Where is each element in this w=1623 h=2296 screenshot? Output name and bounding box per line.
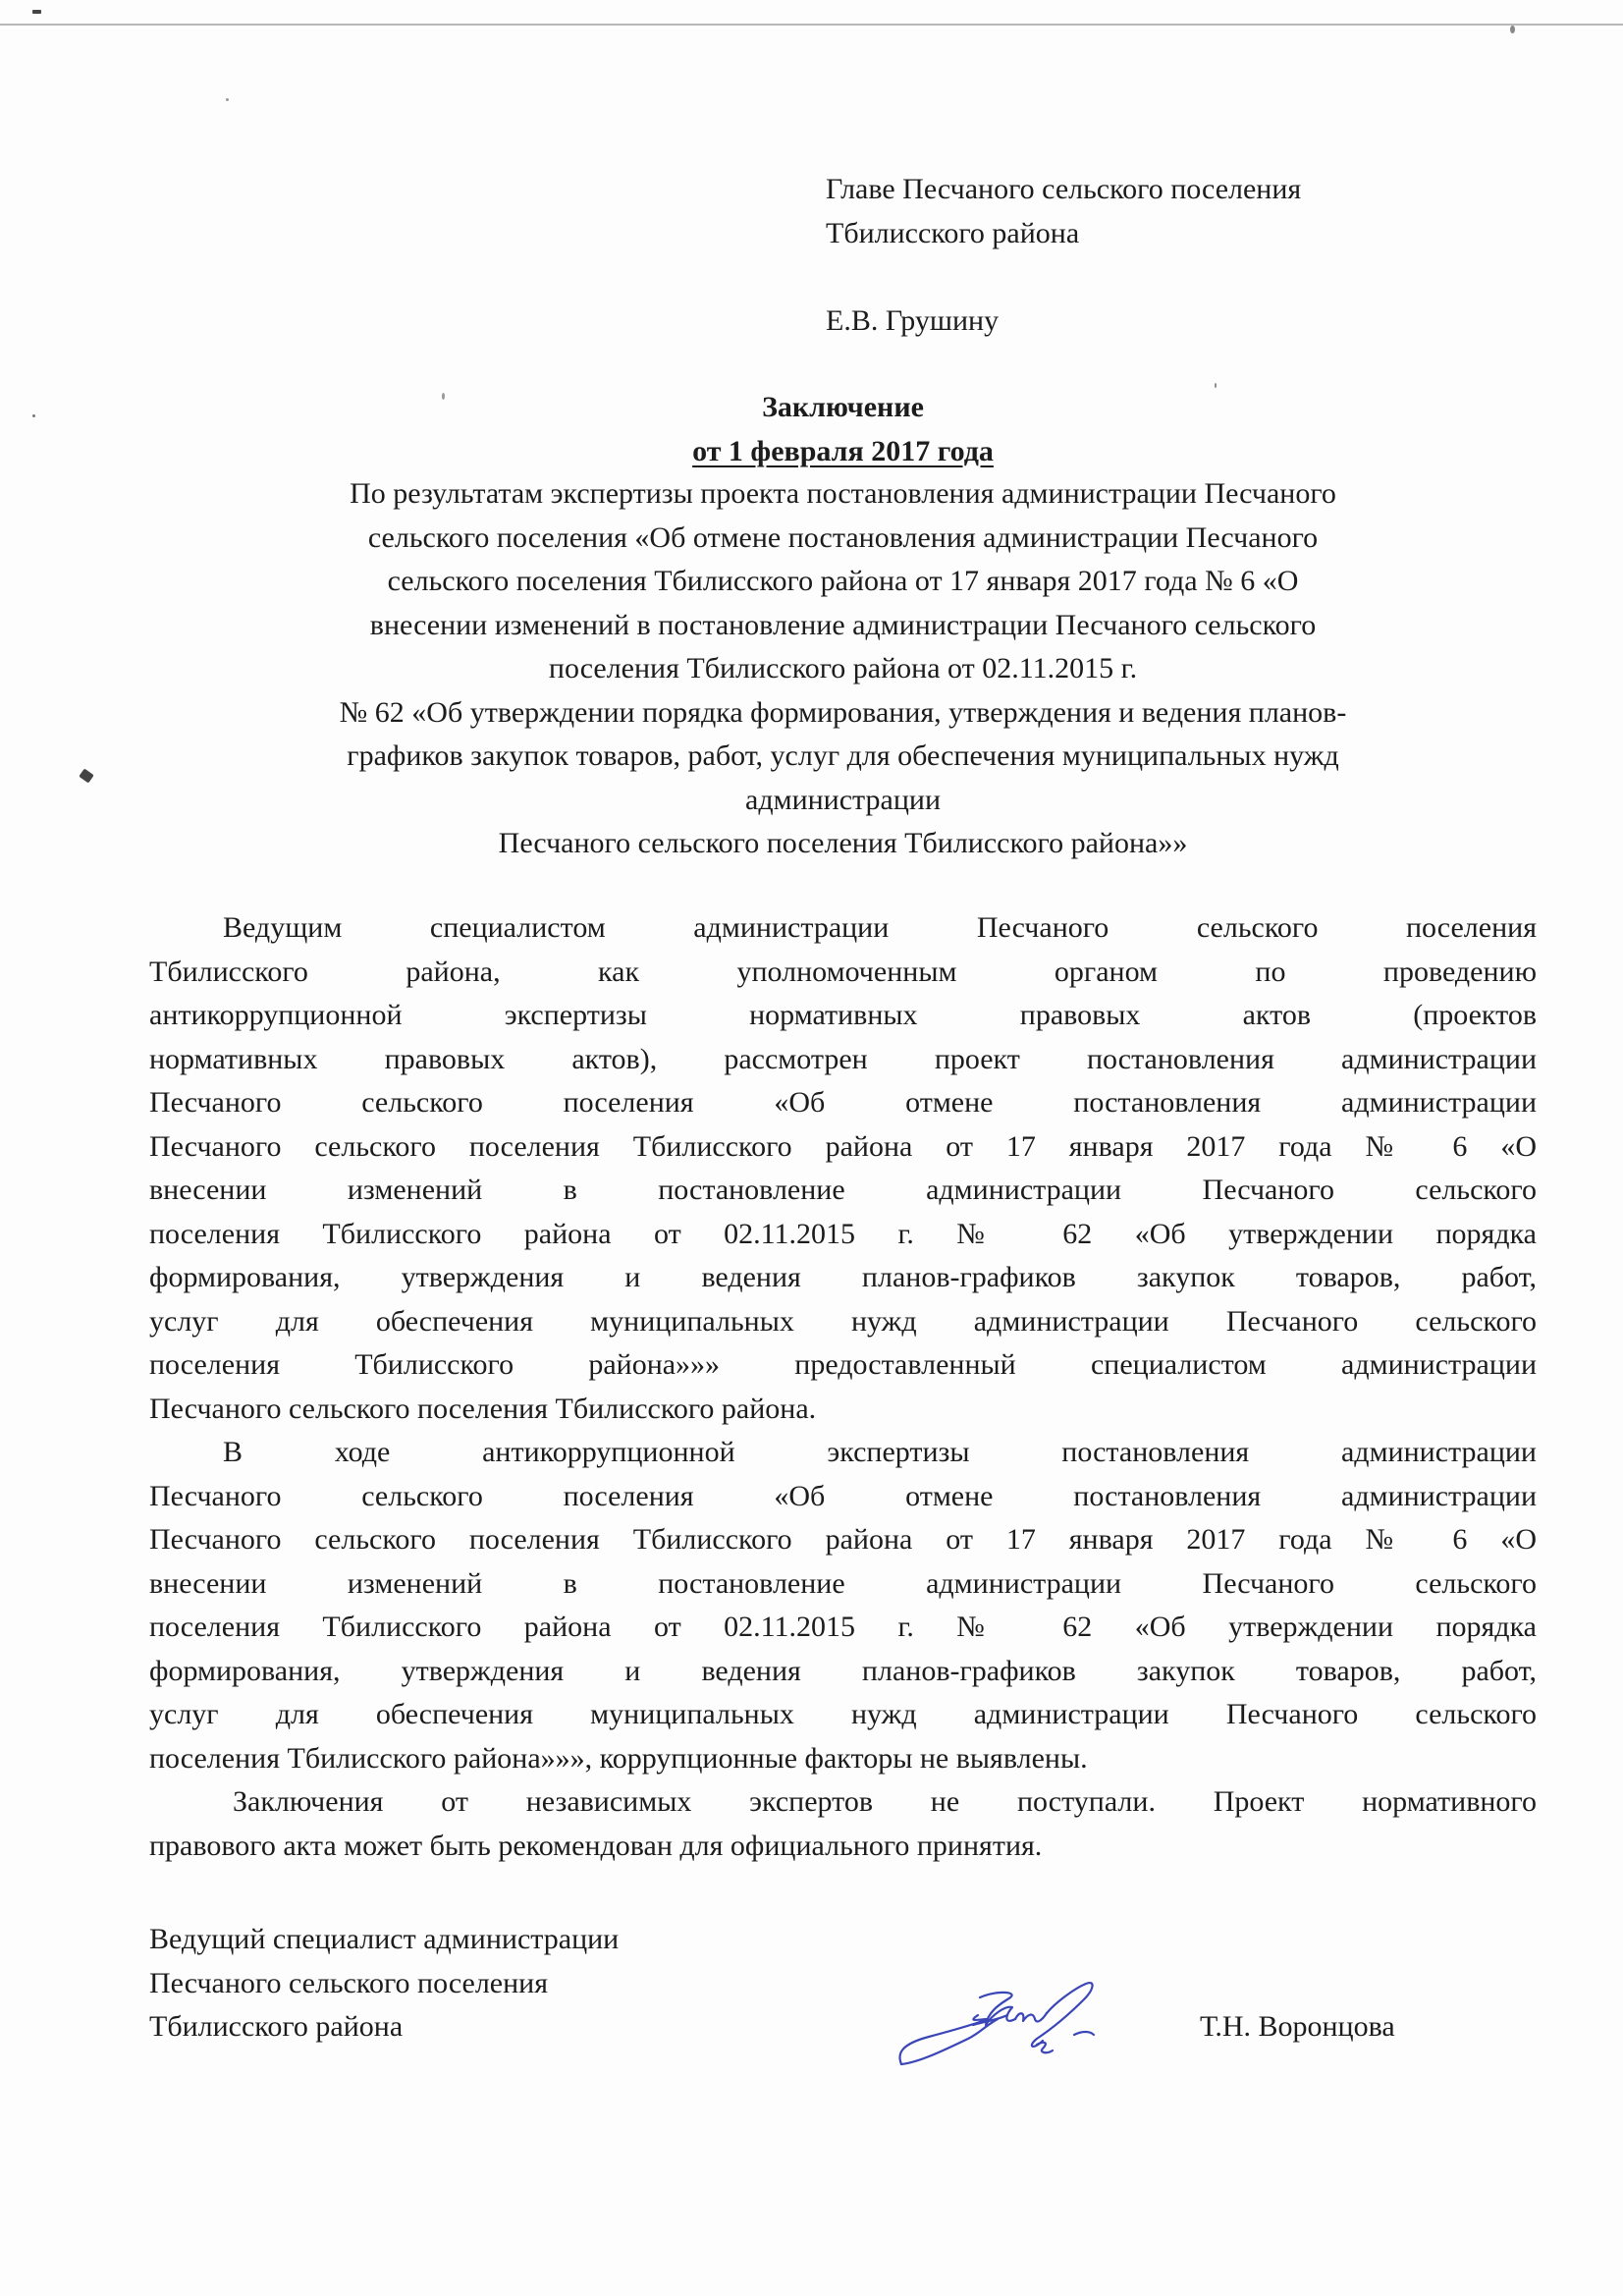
body-paragraph-1: Ведущим специалистом администрации Песча… (149, 906, 1537, 1431)
body-line: услуг для обеспечения муниципальных нужд… (149, 1693, 1537, 1737)
title-date-text: от 1 февраля 2017 года (692, 435, 994, 467)
body-line: В ходе антикоррупционной экспертизы пост… (149, 1431, 1537, 1475)
body-line: правового акта может быть рекомендован д… (149, 1825, 1537, 1869)
body-line: поселения Тбилисского района от 02.11.20… (149, 1213, 1537, 1257)
document-subject: По результатам экспертизы проекта постан… (149, 472, 1537, 866)
body-line: формирования, утверждения и ведения план… (149, 1256, 1537, 1300)
body-line: Песчаного сельского поселения Тбилисског… (149, 1388, 1537, 1432)
title-date: от 1 февраля 2017 года (149, 430, 1537, 474)
body-line: антикоррупционной экспертизы нормативных… (149, 994, 1537, 1038)
subject-line: поселения Тбилисского района от 02.11.20… (149, 647, 1537, 691)
body-line: внесении изменений в постановление админ… (149, 1562, 1537, 1607)
body-paragraph-3: Заключения от независимых экспертов не п… (149, 1780, 1537, 1868)
subject-line: внесении изменений в постановление админ… (149, 604, 1537, 648)
recipient-name: Е.В. Грушину (826, 300, 1533, 344)
document-body: Ведущим специалистом администрации Песча… (149, 906, 1537, 1868)
handwritten-signature-icon (890, 1976, 1115, 2074)
subject-line: сельского поселения Тбилисского района о… (149, 560, 1537, 604)
title-heading: Заключение (149, 386, 1537, 430)
recipient-line: Главе Песчаного сельского поселения (826, 168, 1533, 212)
subject-line: № 62 «Об утверждении порядка формировани… (149, 691, 1537, 736)
body-line: нормативных правовых актов), рассмотрен … (149, 1038, 1537, 1082)
scan-edge-line (0, 24, 1623, 26)
body-line: услуг для обеспечения муниципальных нужд… (149, 1300, 1537, 1344)
body-line: Песчаного сельского поселения «Об отмене… (149, 1475, 1537, 1519)
body-line: Песчаного сельского поселения Тбилисског… (149, 1518, 1537, 1562)
subject-line: администрации (149, 779, 1537, 823)
scan-speck (32, 10, 41, 14)
body-line: поселения Тбилисского района»»», коррупц… (149, 1737, 1537, 1781)
body-line: Песчаного сельского поселения «Об отмене… (149, 1081, 1537, 1125)
subject-line: Песчаного сельского поселения Тбилисског… (149, 822, 1537, 866)
body-line: поселения Тбилисского района»»» предоста… (149, 1343, 1537, 1388)
subject-line: сельского поселения «Об отмене постановл… (149, 517, 1537, 561)
signer-position-line: Песчаного сельского поселения (149, 1962, 1537, 2006)
document-title: Заключение от 1 февраля 2017 года (149, 386, 1537, 473)
body-line: поселения Тбилисского района от 02.11.20… (149, 1606, 1537, 1650)
signature-block: Ведущий специалист администрации Песчано… (149, 1918, 1537, 2050)
body-paragraph-2: В ходе антикоррупционной экспертизы пост… (149, 1431, 1537, 1780)
signer-position-line: Ведущий специалист администрации (149, 1918, 1537, 1962)
scan-speck (79, 768, 94, 783)
body-line: Песчаного сельского поселения Тбилисског… (149, 1125, 1537, 1170)
body-line: Ведущим специалистом администрации Песча… (149, 906, 1537, 951)
subject-line: По результатам экспертизы проекта постан… (149, 472, 1537, 517)
recipient-line: Тбилисского района (826, 212, 1533, 256)
signer-name: Т.Н. Воронцова (1200, 2005, 1395, 2050)
scan-speck (226, 98, 229, 101)
body-line: Заключения от независимых экспертов не п… (149, 1780, 1537, 1825)
scan-speck (1510, 26, 1515, 33)
body-line: Тбилисского района, как уполномоченным о… (149, 951, 1537, 995)
blank-line (826, 255, 1533, 300)
subject-line: графиков закупок товаров, работ, услуг д… (149, 735, 1537, 779)
recipient-block: Главе Песчаного сельского поселения Тбил… (826, 168, 1533, 343)
body-line: внесении изменений в постановление админ… (149, 1169, 1537, 1213)
body-line: формирования, утверждения и ведения план… (149, 1650, 1537, 1694)
scan-speck (32, 414, 35, 417)
